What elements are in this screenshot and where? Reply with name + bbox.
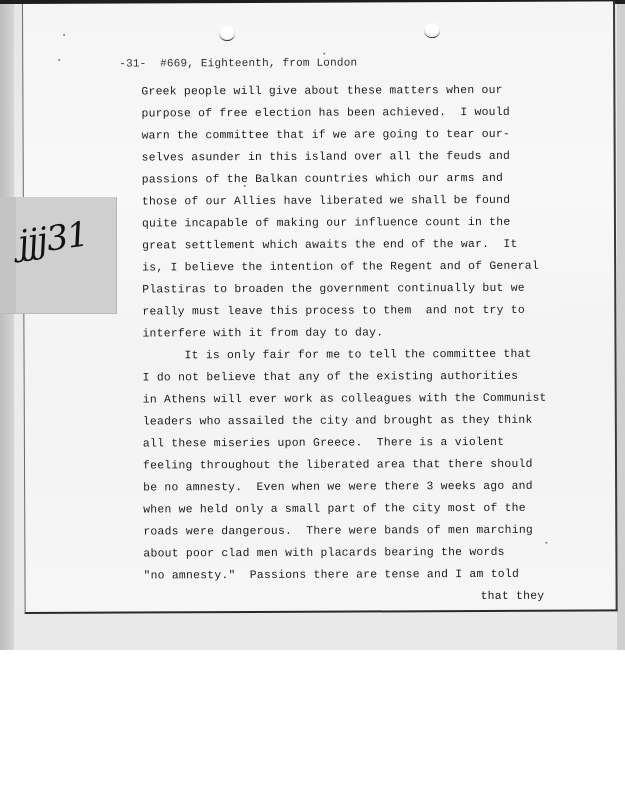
text-line: about poor clad men with placards bearin… (143, 541, 603, 565)
text-line: quite incapable of making our influence … (142, 211, 602, 235)
scan-speck (545, 542, 547, 544)
text-line: in Athens will ever work as colleagues w… (143, 387, 603, 411)
text-line: really must leave this process to them a… (142, 299, 602, 323)
text-line: all these miseries upon Greece. There is… (143, 431, 603, 455)
text-line: is, I believe the intention of the Regen… (142, 255, 602, 279)
punch-hole-right (424, 23, 440, 38)
text-line: warn the committee that if we are going … (142, 123, 602, 147)
text-line: passions of the Balkan countries which o… (142, 167, 602, 191)
scan-speck (58, 59, 60, 61)
document-body: Greek people will give about these matte… (141, 79, 603, 609)
sticky-tab-fold (0, 197, 16, 313)
scan-speck (63, 34, 65, 36)
text-line: when we held only a small part of the ci… (143, 497, 603, 521)
text-line: great settlement which awaits the end of… (142, 233, 602, 257)
blank-area (0, 650, 625, 810)
text-line-indented: It is only fair for me to tell the commi… (142, 343, 602, 367)
text-line: be no amnesty. Even when we were there 3… (143, 475, 603, 499)
text-line: those of our Allies have liberated we sh… (142, 189, 602, 213)
text-line: Greek people will give about these matte… (141, 79, 601, 103)
page-header: -31- #669, Eighteenth, from London (119, 58, 357, 71)
text-line: feeling throughout the liberated area th… (143, 453, 603, 477)
text-line: purpose of free election has been achiev… (141, 101, 601, 125)
text-line: I do not believe that any of the existin… (143, 365, 603, 389)
scan-speck (323, 53, 325, 55)
punch-hole-left (219, 26, 235, 41)
text-line: selves asunder in this island over all t… (142, 145, 602, 169)
text-line: interfere with it from day to day. (142, 321, 602, 345)
scan-speck (244, 185, 246, 187)
sticky-tab: jjj31 (0, 197, 117, 314)
text-line: roads were dangerous. There were bands o… (143, 519, 603, 543)
text-line: leaders who assailed the city and brough… (143, 409, 603, 433)
handwritten-label: jjj31 (16, 214, 91, 263)
text-line: "no amnesty." Passions there are tense a… (143, 563, 603, 587)
continuation-text: that they (144, 585, 604, 609)
scan-right-edge (617, 0, 625, 650)
text-line: Plastiras to broaden the government cont… (142, 277, 602, 301)
scan-left-edge (0, 0, 14, 650)
